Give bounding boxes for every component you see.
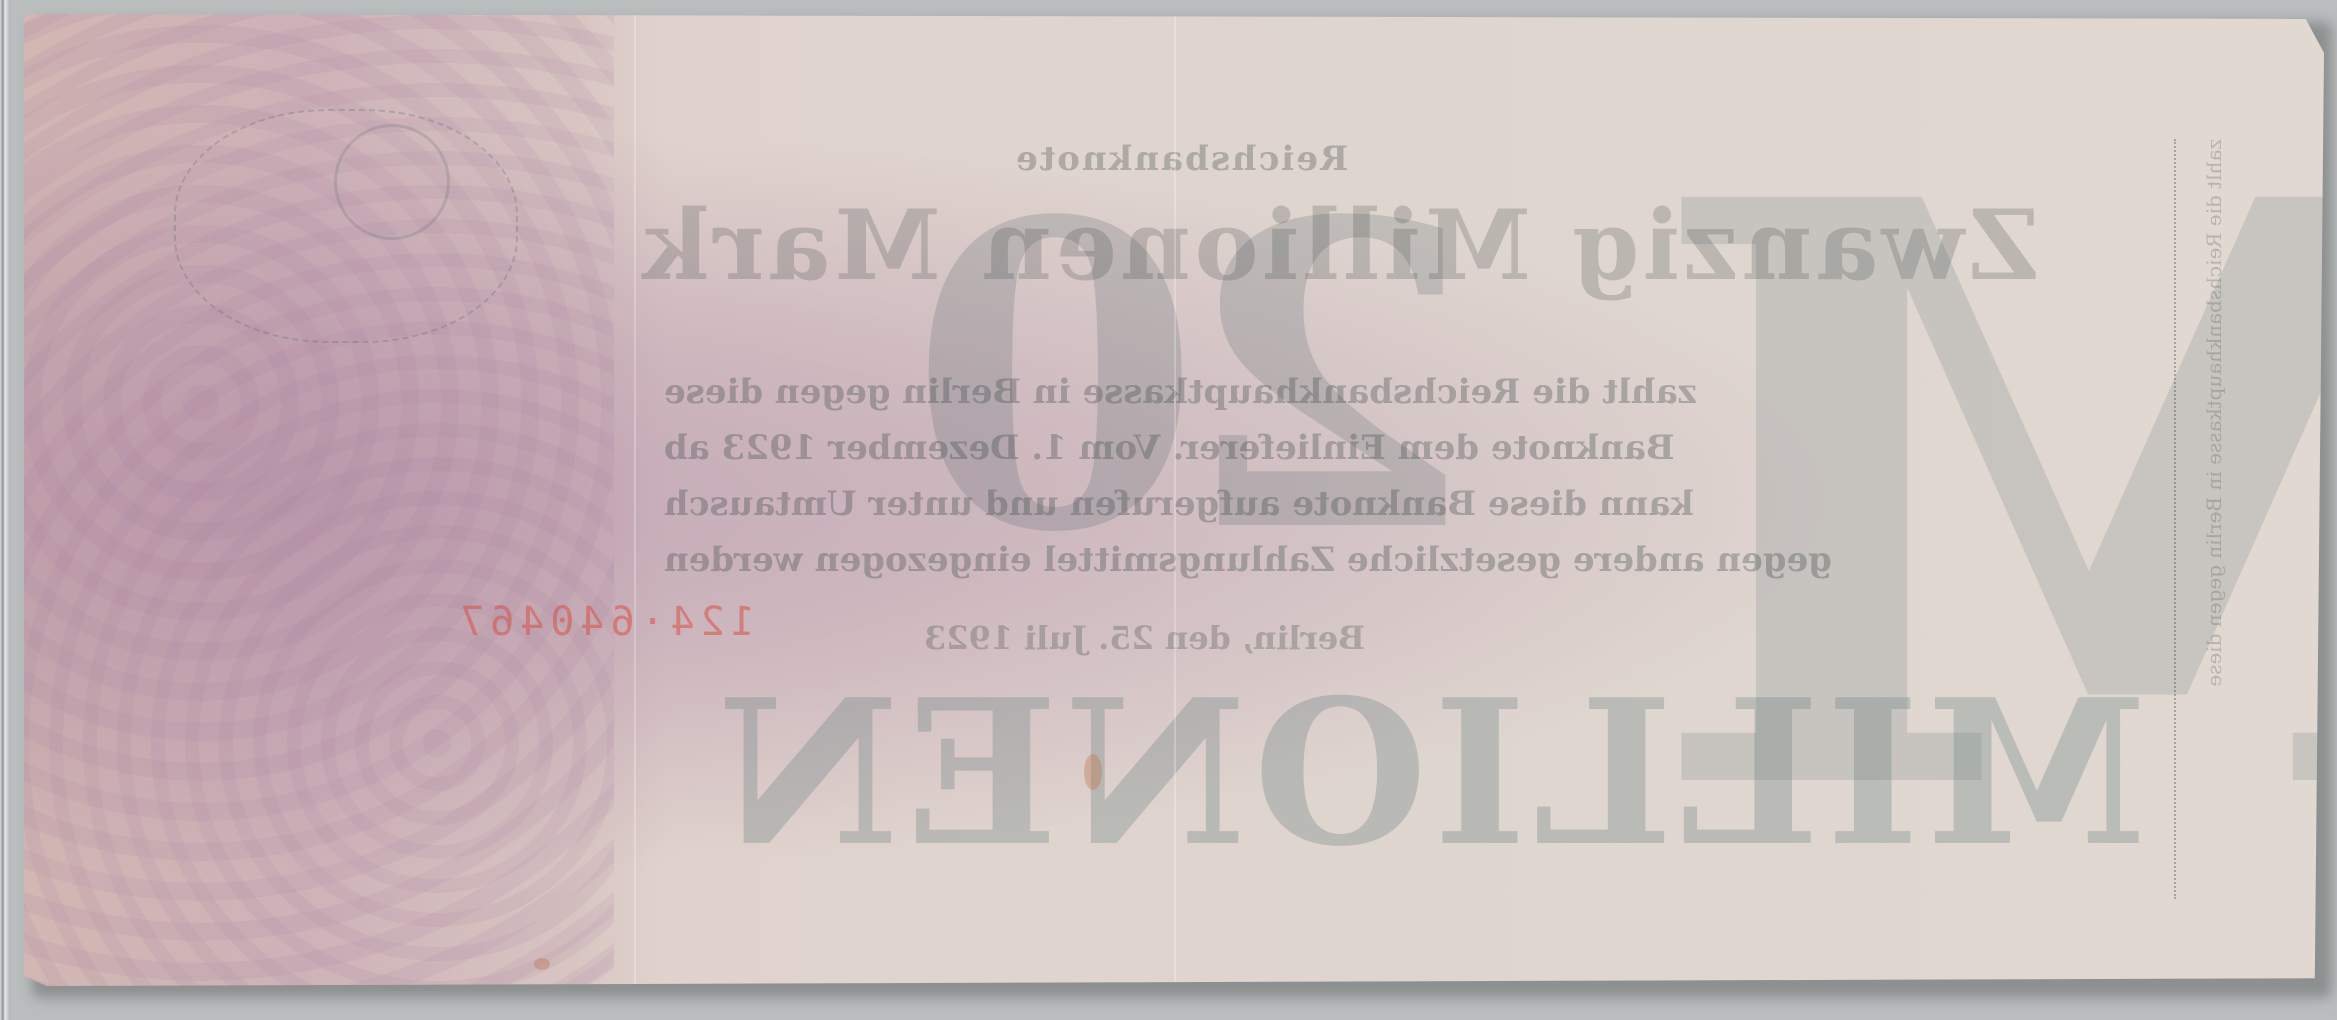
serial-number-showthrough: 124·640467 [454,599,755,645]
paper-fold [634,14,636,986]
big-word-showthrough: MILLIONEN [584,674,2274,874]
rosette-ornament-inner [334,124,450,240]
legal-text-line: gegen andere gesetzliche Zahlungsmittel … [664,532,1832,588]
legal-text-showthrough: zahlt die Reichsbankhauptkasse in Berlin… [664,364,1624,588]
paper-fold [1174,14,1176,986]
legal-text-line: kann diese Banknote aufgerufen und unter… [664,476,1694,532]
date-showthrough: Berlin, den 25. Juli 1923 [924,619,1365,657]
date-text: Berlin, den 25. Juli 1923 [924,619,1365,657]
foxing-stain [1084,754,1102,790]
foxing-stain [534,958,550,970]
side-text-showthrough: zahlt die Reichsbankhauptkasse in Berlin… [2174,139,2226,899]
banknote: M 20 Reichsbanknote Zwanzig Millionen Ma… [24,14,2324,986]
scanner-edge [0,0,10,1020]
title-text: Zwanzig Millionen Mark [639,189,2039,302]
title-showthrough: Zwanzig Millionen Mark [639,189,2039,302]
big-word-text: MILLIONEN [711,674,2147,874]
header-text: Reichsbanknote [1014,139,1348,179]
header-showthrough: Reichsbanknote [1014,139,1348,179]
legal-text-line: Banknote dem Einlieferer. Vom 1. Dezembe… [664,420,1675,476]
side-text: zahlt die Reichsbankhauptkasse in Berlin… [2202,139,2226,687]
rosette-ornament [174,109,518,343]
legal-text-line: zahlt die Reichsbankhauptkasse in Berlin… [664,364,1697,420]
serial-number-text: 124·640467 [454,599,755,645]
